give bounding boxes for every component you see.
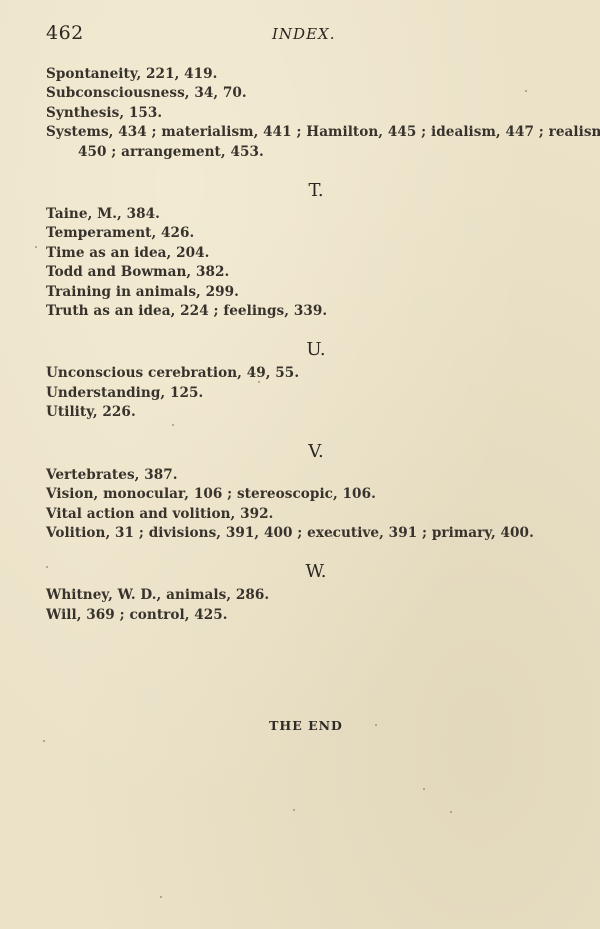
the-end-text: THE END xyxy=(0,718,600,733)
index-section-s: Spontaneity, 221, 419. Subconsciousness,… xyxy=(46,65,566,162)
paper-speck xyxy=(46,566,48,568)
index-entry: Understanding, 125. xyxy=(46,384,566,403)
index-entry: Truth as an idea, 224 ; feelings, 339. xyxy=(46,302,566,321)
index-entry: Will, 369 ; control, 425. xyxy=(46,606,566,625)
index-entry: Spontaneity, 221, 419. xyxy=(46,65,566,84)
index-entry-continuation: 450 ; arrangement, 453. xyxy=(46,143,566,162)
index-section-u: U. Unconscious cerebration, 49, 55. Unde… xyxy=(46,336,566,422)
page-number: 462 xyxy=(46,22,84,44)
index-entry: Vision, monocular, 106 ; stereoscopic, 1… xyxy=(46,485,566,504)
paper-speck xyxy=(293,809,295,811)
index-section-w: W. Whitney, W. D., animals, 286. Will, 3… xyxy=(46,558,566,625)
paper-speck xyxy=(450,811,452,813)
section-letter-heading: U. xyxy=(66,336,566,364)
section-letter-heading: V. xyxy=(66,438,566,466)
running-head: INDEX. xyxy=(272,25,335,43)
index-entry: Unconscious cerebration, 49, 55. xyxy=(46,364,566,383)
paper-speck xyxy=(160,896,162,898)
paper-speck xyxy=(172,424,174,426)
book-page: 462 INDEX. Spontaneity, 221, 419. Subcon… xyxy=(0,0,600,929)
section-letter-heading: W. xyxy=(66,558,566,586)
index-entry: Todd and Bowman, 382. xyxy=(46,263,566,282)
index-entry: Taine, M., 384. xyxy=(46,205,566,224)
index-entry: Systems, 434 ; materialism, 441 ; Hamilt… xyxy=(46,123,566,142)
paper-speck xyxy=(35,246,37,248)
index-entry: Time as an idea, 204. xyxy=(46,244,566,263)
index-entry: Training in animals, 299. xyxy=(46,283,566,302)
paper-speck xyxy=(525,90,527,92)
paper-speck xyxy=(258,381,260,383)
index-entry: Subconsciousness, 34, 70. xyxy=(46,84,566,103)
section-letter-heading: T. xyxy=(66,177,566,205)
index-entry: Utility, 226. xyxy=(46,403,566,422)
index-section-v: V. Vertebrates, 387. Vision, monocular, … xyxy=(46,438,566,544)
index-entry: Volition, 31 ; divisions, 391, 400 ; exe… xyxy=(46,524,566,543)
index-entry: Vertebrates, 387. xyxy=(46,466,566,485)
paper-speck xyxy=(375,724,377,726)
paper-speck xyxy=(43,740,45,742)
index-entry: Whitney, W. D., animals, 286. xyxy=(46,586,566,605)
index-entry: Vital action and volition, 392. xyxy=(46,505,566,524)
index-content: Spontaneity, 221, 419. Subconsciousness,… xyxy=(46,65,566,625)
paper-speck xyxy=(331,535,333,537)
index-section-t: T. Taine, M., 384. Temperament, 426. Tim… xyxy=(46,177,566,321)
index-entry: Synthesis, 153. xyxy=(46,104,566,123)
paper-speck xyxy=(423,788,425,790)
page-header: 462 INDEX. xyxy=(46,22,566,48)
index-entry: Temperament, 426. xyxy=(46,224,566,243)
